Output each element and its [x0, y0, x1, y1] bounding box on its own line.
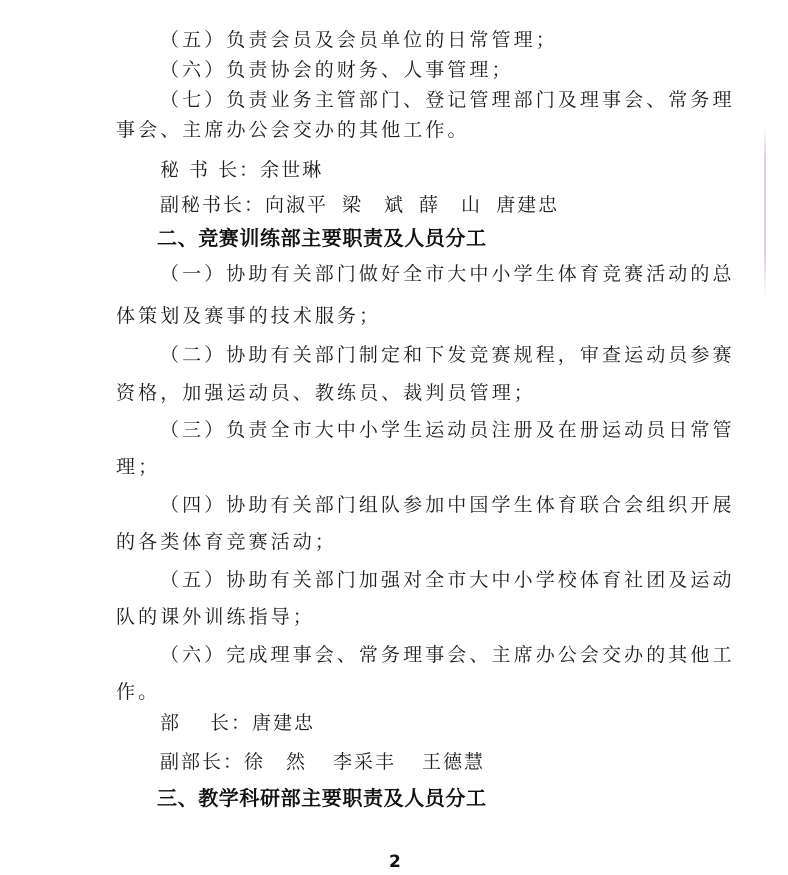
section-2-item-1-line2: 体策划及赛事的技术服务； — [116, 304, 381, 328]
deputy-secretary-general-name: 薛 山 — [419, 194, 482, 216]
section-2-item-6-line2: 作。 — [116, 680, 160, 704]
secretary-general-name: 余世琳 — [260, 159, 323, 181]
deputy-director-label: 副部长： — [160, 751, 244, 773]
deputy-director-name: 王德慧 — [422, 751, 485, 773]
duty-item-6: （六）负责协会的财务、人事管理； — [160, 58, 514, 82]
section-2-item-5-line2: 队的课外训练指导； — [116, 605, 315, 629]
deputy-secretary-general-label: 副秘书长： — [160, 194, 265, 216]
deputy-secretary-general-name: 向淑平 — [265, 194, 328, 216]
section-2-heading: 二、竞赛训练部主要职责及人员分工 — [157, 226, 487, 250]
director-name: 唐建忠 — [252, 712, 315, 734]
deputy-director-name: 徐 然 — [244, 751, 307, 773]
secretary-general-row: 秘 书 长：余世琳 — [160, 158, 323, 182]
section-2-item-4-line2: 的各类体育竞赛活动； — [116, 530, 337, 554]
section-2-item-5-line1: （五）协助有关部门加强对全市大中小学校体育社团及运动 — [160, 568, 682, 592]
section-2-item-4-line1: （四）协助有关部门组队参加中国学生体育联合会组织开展 — [160, 493, 682, 517]
duty-item-7-line1: （七）负责业务主管部门、登记管理部门及理事会、常务理 — [160, 88, 682, 112]
secretary-general-label: 秘 书 长： — [160, 159, 260, 181]
section-2-item-1-line1: （一）协助有关部门做好全市大中小学生体育竞赛活动的总 — [160, 262, 682, 286]
director-row: 部 长：唐建忠 — [160, 711, 315, 735]
deputy-secretary-general-row: 副秘书长：向淑平梁 斌薛 山唐建忠 — [160, 193, 559, 217]
duty-item-5: （五）负责会员及会员单位的日常管理； — [160, 28, 558, 52]
section-3-heading: 三、教学科研部主要职责及人员分工 — [157, 786, 487, 810]
deputy-director-name: 李采丰 — [333, 751, 396, 773]
deputy-director-row: 副部长：徐 然李采丰王德慧 — [160, 750, 485, 774]
section-2-item-6-line1: （六）完成理事会、常务理事会、主席办公会交办的其他工 — [160, 643, 682, 667]
section-2-item-2-line2: 资格，加强运动员、教练员、裁判员管理； — [116, 381, 536, 405]
scan-edge-mark — [764, 125, 766, 297]
section-2-item-3-line2: 理； — [116, 455, 160, 479]
document-page: （五）负责会员及会员单位的日常管理； （六）负责协会的财务、人事管理； （七）负… — [0, 0, 788, 875]
director-label: 部 长： — [160, 712, 252, 734]
deputy-secretary-general-name: 梁 斌 — [342, 194, 405, 216]
deputy-secretary-general-name: 唐建忠 — [496, 194, 559, 216]
section-2-item-3-line1: （三）负责全市大中小学生运动员注册及在册运动员日常管 — [160, 418, 682, 442]
page-number: 2 — [389, 852, 401, 872]
section-2-item-2-line1: （二）协助有关部门制定和下发竞赛规程，审查运动员参赛 — [160, 343, 682, 367]
duty-item-7-line2: 事会、主席办公会交办的其他工作。 — [116, 118, 470, 142]
